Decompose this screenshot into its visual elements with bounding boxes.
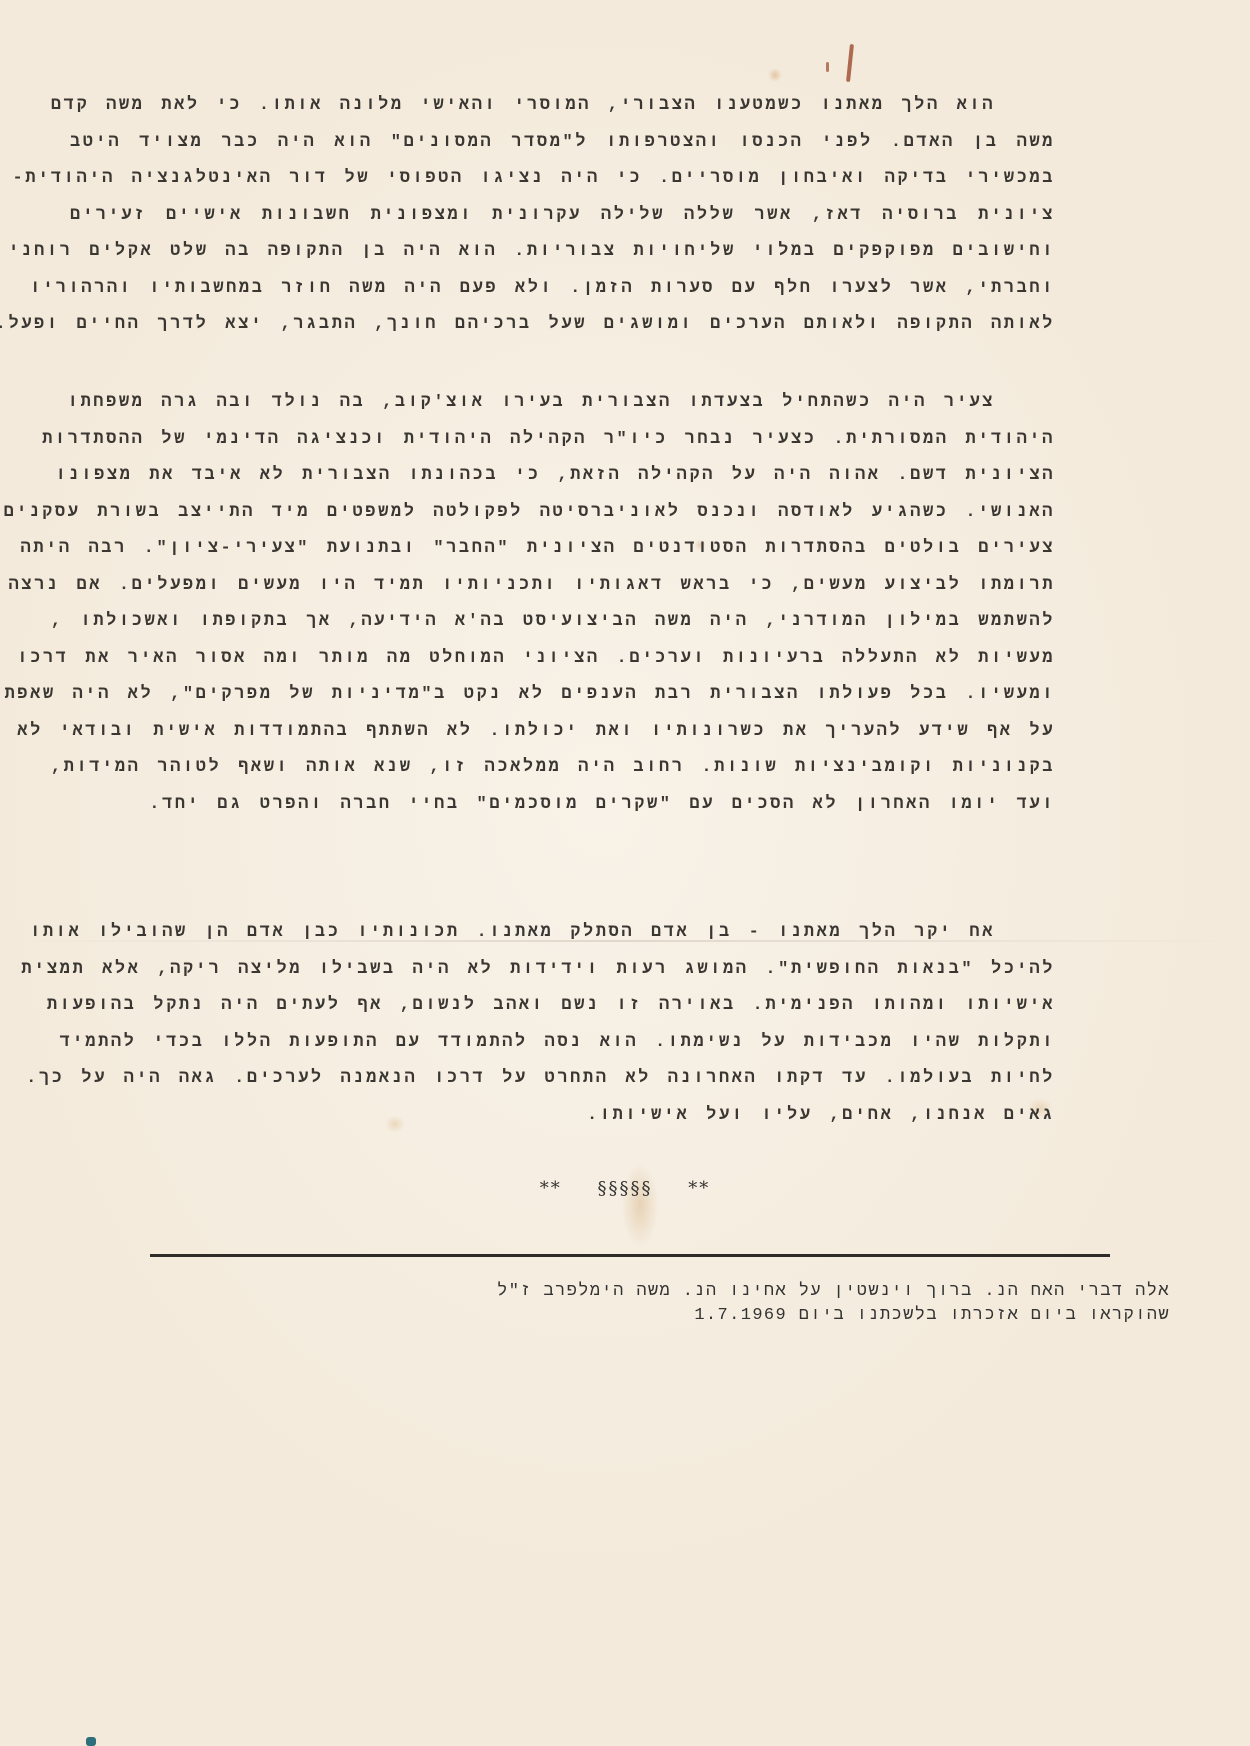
text-line: אישיותו ומהותו הפנימית. באוירה זו נשם וא… (70, 988, 1055, 1025)
text-line: תרומתו לביצוע מעשים, כי בראש דאגותיו ותכ… (70, 568, 1055, 605)
paragraph-3: אח יקר הלך מאתנו - בן אדם הסתלק מאתנו. ת… (70, 915, 1055, 1134)
text-line: הציונית דשם. אהוה היה על הקהילה הזאת, כי… (70, 458, 1055, 495)
text-line: משה בן האדם. לפני הכנסו והצטרפותו ל"מסדר… (70, 125, 1055, 162)
text-line: היהודית המסורתית. כצעיר נבחר כיו"ר הקהיל… (70, 422, 1055, 459)
ornament-section-signs: §§§§§ (598, 1178, 653, 1199)
ornament-asterisks-left: ** (540, 1178, 562, 1199)
text-line: לחיות בעולמו. עד דקתו האחרונה לא התחרט ע… (70, 1061, 1055, 1098)
paragraph-2: צעיר היה כשהתחיל בצעדתו הצבורית בעירו או… (70, 385, 1055, 823)
ornament-asterisks-right: ** (688, 1178, 710, 1199)
paragraph-1: הוא הלך מאתנו כשמטענו הצבורי, המוסרי והא… (70, 88, 1055, 344)
text-line: גאים אנחנו, אחים, עליו ועל אישיותו. (70, 1098, 1055, 1135)
text-line: ומעשיו. בכל פעולתו הצבורית רבת הענפים לא… (70, 677, 1055, 714)
text-line: אח יקר הלך מאתנו - בן אדם הסתלק מאתנו. ת… (70, 915, 1055, 952)
text-line: על אף שידע להעריך את כשרונותיו ואת יכולת… (70, 714, 1055, 751)
text-line: הוא הלך מאתנו כשמטענו הצבורי, המוסרי והא… (70, 88, 1055, 125)
text-line: האנושי. כשהגיע לאודסה ונכנס לאוניברסיטה … (70, 495, 1055, 532)
footer-line: אלה דברי האח הנ. ברוך וינשטין על אחינו ה… (497, 1280, 1170, 1304)
ink-mark (86, 1737, 96, 1746)
text-line: וחברתי, אשר לצערו חלף עם סערות הזמן. ולא… (70, 271, 1055, 308)
text-line: במכשירי בדיקה ואיבחון מוסריים. כי היה נצ… (70, 161, 1055, 198)
footer-line: שהוקראו ביום אזכרתו בלשכתנו ביום 1.7.196… (497, 1304, 1170, 1328)
text-line: להיכל "בנאות החופשית". המושג רעות וידידו… (70, 952, 1055, 989)
ink-mark (826, 62, 829, 72)
text-line: וחישובים מפוקפקים במלוי שליחויות צבוריות… (70, 234, 1055, 271)
text-line: צעירים בולטים בהסתדרות הסטודנטים הציונית… (70, 531, 1055, 568)
horizontal-rule (150, 1254, 1110, 1257)
text-line: צעיר היה כשהתחיל בצעדתו הצבורית בעירו או… (70, 385, 1055, 422)
text-line: להשתמש במילון המודרני, היה משה הביצועיסט… (70, 604, 1055, 641)
text-line: מעשיות לא התעללה ברעיונות וערכים. הציוני… (70, 641, 1055, 678)
text-line: ציונית ברוסיה דאז, אשר שללה שלילה עקרוני… (70, 198, 1055, 235)
section-ornament: ** §§§§§ ** (0, 1178, 1250, 1199)
text-line: ועד יומו האחרון לא הסכים עם "שקרים מוסכמ… (70, 787, 1055, 824)
text-line: בקנוניות וקומבינציות שונות. רחוב היה ממל… (70, 750, 1055, 787)
text-line: ותקלות שהיו מכבידות על נשימתו. הוא נסה ל… (70, 1025, 1055, 1062)
footer-note: אלה דברי האח הנ. ברוך וינשטין על אחינו ה… (497, 1280, 1170, 1328)
text-line: לאותה התקופה ולאותם הערכים ומושגים שעל ב… (70, 307, 1055, 344)
